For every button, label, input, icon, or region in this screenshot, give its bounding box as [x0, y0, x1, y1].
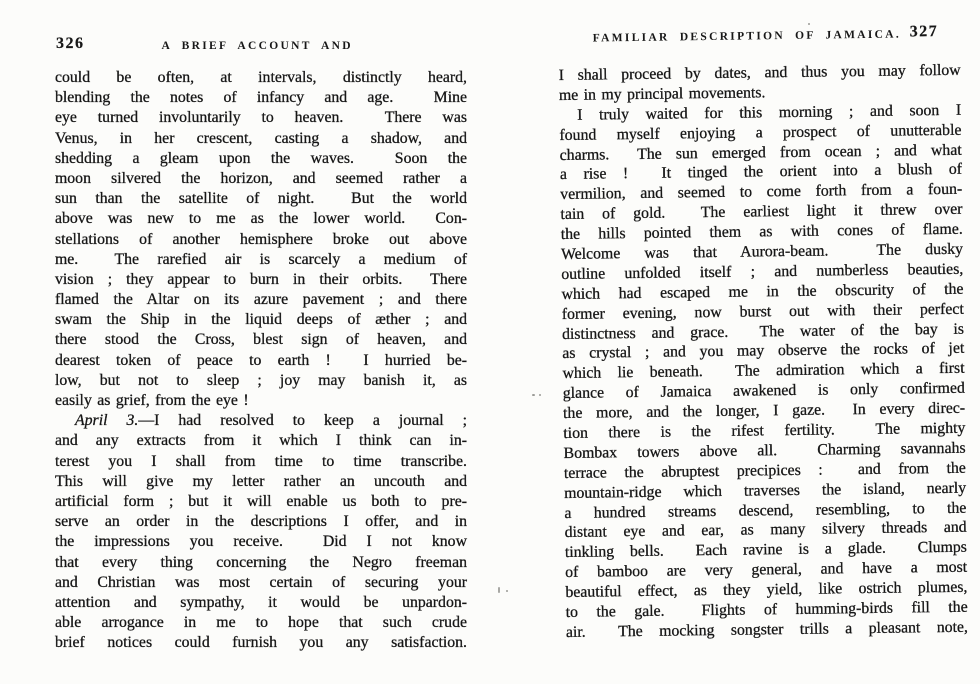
- text-line: that every thing concerning the Negro fr…: [55, 553, 467, 573]
- right-running-title: FAMILIAR DESCRIPTION OF JAMAICA.: [593, 29, 902, 45]
- text-line: artificial form ; but it will enable us …: [55, 492, 467, 512]
- text-line: dearest token of peace to earth ! I hurr…: [55, 351, 467, 371]
- text-line: me. The rarefied air is scarcely a mediu…: [55, 250, 467, 270]
- text-line: terest you I shall from time to time tra…: [55, 452, 467, 472]
- text-line: brief notices could furnish you any sati…: [55, 633, 467, 653]
- text-line: swam the Ship in the liquid deeps of æth…: [55, 310, 467, 330]
- text-line: April 3.—I had resolved to keep a journa…: [55, 411, 467, 431]
- text-line: flamed the Altar on its azure pavement ;…: [55, 290, 467, 310]
- left-page-lines: could be often, at intervals, distinctly…: [55, 68, 467, 653]
- text-line: serve an order in the descriptions I off…: [55, 512, 467, 532]
- text-line: moon silvered the horizon, and seemed ra…: [55, 169, 467, 189]
- scan-artifact: [506, 590, 508, 592]
- text-line: air. The mocking songster trills a pleas…: [566, 618, 968, 643]
- text-line: low, but not to sleep ; joy may banish i…: [55, 371, 467, 391]
- left-page-header: 326 A BRIEF ACCOUNT AND: [55, 32, 467, 54]
- scan-artifact: [808, 23, 810, 25]
- right-page-header: FAMILIAR DESCRIPTION OF JAMAICA. 327: [558, 19, 960, 46]
- text-line: above was new to me as the lower world. …: [55, 209, 467, 229]
- left-page-number: 326: [56, 35, 85, 53]
- right-page-number: 327: [910, 23, 939, 41]
- text-line: stellations of another hemisphere broke …: [55, 230, 467, 250]
- text-line: blending the notes of infancy and age. M…: [55, 88, 467, 108]
- book-scan: { "colors": { "paper": "#fcfcfa", "ink":…: [0, 0, 980, 684]
- text-line: shedding a gleam upon the waves. Soon th…: [55, 149, 467, 169]
- text-line: and any extracts from it which I think c…: [55, 431, 467, 451]
- left-page: 326 A BRIEF ACCOUNT AND could be often, …: [55, 32, 467, 653]
- date-lead: April 3.: [75, 412, 138, 429]
- left-running-title: A BRIEF ACCOUNT AND: [162, 40, 353, 52]
- text-line: the impressions you receive. Did I not k…: [55, 532, 467, 552]
- right-page-lines: I shall proceed by dates, and thus you m…: [559, 61, 969, 643]
- text-line: sun than the satellite of night. But the…: [55, 189, 467, 209]
- scan-artifact: [532, 394, 535, 396]
- text-line: able arrogance in me to hope that such c…: [55, 613, 467, 633]
- text-line: there stood the Cross, blest sign of hea…: [55, 330, 467, 350]
- line-text: —I had resolved to keep a journal ;: [138, 412, 467, 429]
- text-line: easily as grief, from the eye !: [55, 391, 467, 411]
- scan-artifact: [498, 587, 500, 593]
- scan-artifact: [539, 394, 541, 396]
- text-line: eye turned involuntarily to heaven. Ther…: [55, 108, 467, 128]
- text-line: vision ; they appear to burn in their or…: [55, 270, 467, 290]
- text-line: and Christian was most certain of securi…: [55, 573, 467, 593]
- text-line: could be often, at intervals, distinctly…: [55, 68, 467, 88]
- right-page: FAMILIAR DESCRIPTION OF JAMAICA. 327 I s…: [558, 19, 968, 643]
- text-line: This will give my letter rather an uncou…: [55, 472, 467, 492]
- text-line: attention and sympathy, it would be unpa…: [55, 593, 467, 613]
- text-line: Venus, in her crescent, casting a shadow…: [55, 129, 467, 149]
